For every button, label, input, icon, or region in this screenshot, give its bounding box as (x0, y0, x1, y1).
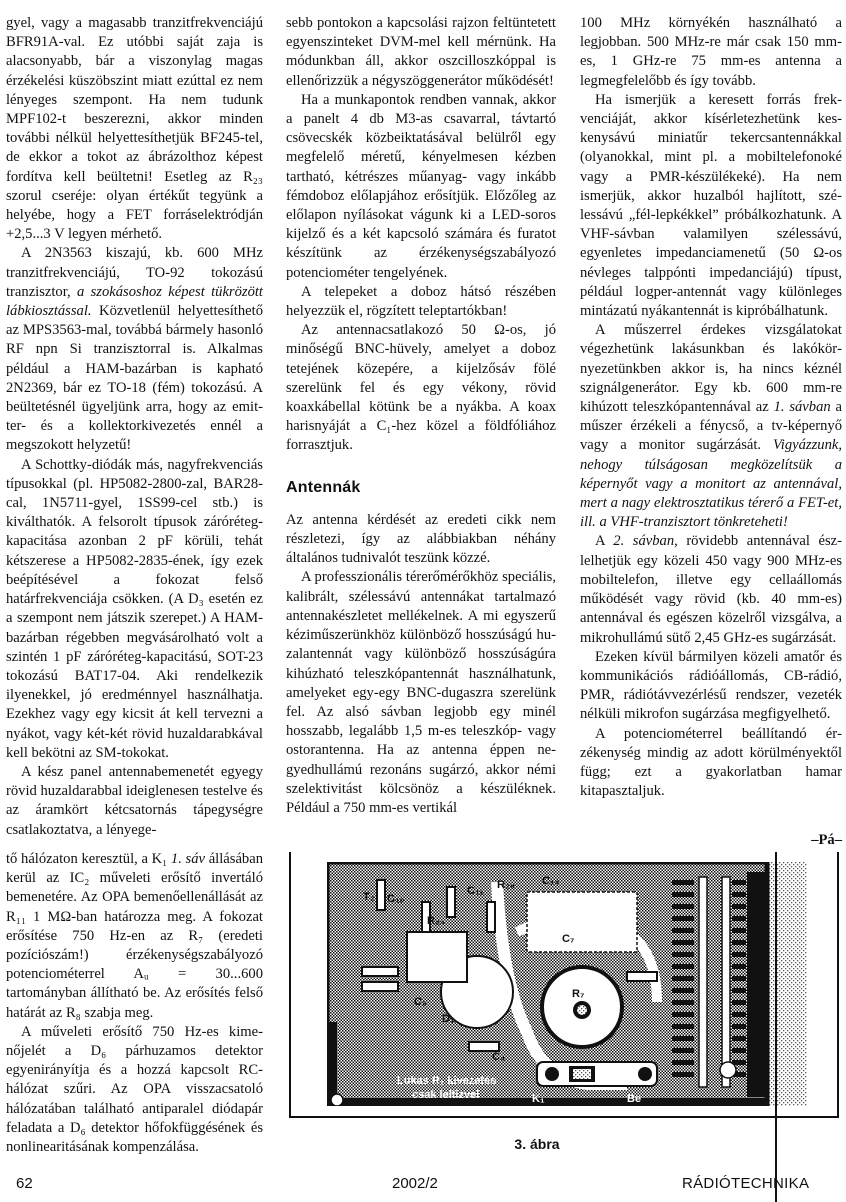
label-note: Lukas R₁ kivezetés (397, 1075, 496, 1087)
paragraph: Ezeken kívül bármilyen közeli ama­tőr és… (580, 648, 842, 725)
column-3: 100 MHz környékén használható a legjobba… (580, 14, 842, 851)
magazine-name: RÁDIÓTECHNIKA (682, 1175, 809, 1192)
paragraph: 100 MHz környékén használható a legjobba… (580, 14, 842, 91)
column-2: sebb pontokon a kapcsolási rajzon fel­tü… (286, 14, 556, 818)
section-heading: Antennák (286, 478, 556, 497)
label-k2: K₂ (605, 1069, 618, 1081)
label-t2: T₂ (363, 891, 375, 903)
paragraph: Ha a munkapontok rendben vannak, akkor a… (286, 91, 556, 283)
paragraph: Az antenna kérdését az eredeti cikk nem … (286, 511, 556, 569)
label-d1: D₁ (442, 1013, 455, 1025)
label-c4: C₄ (492, 1051, 505, 1063)
label-r7: R₇ (572, 988, 584, 1000)
pcb-figure: L₁ T₂ C₁₀ R₂₄ C₁₁ R₂₈ C₁₄ C₇ R₇ C₃ D₁ C₄… (287, 852, 844, 1120)
figure-caption: 3. ábra (287, 1136, 787, 1152)
label-c10: C₁₀ (387, 893, 404, 905)
label-c7: C₇ (562, 933, 574, 945)
column-1: gyel, vagy a magasabb tranzitfrekven­ciá… (6, 14, 263, 840)
paragraph: gyel, vagy a magasabb tranzitfrekven­ciá… (6, 14, 263, 244)
label-r24: R₂₄ (427, 915, 445, 927)
label-c11: C₁₁ (467, 885, 484, 897)
paragraph: A 2N3563 kiszajú, kb. 600 MHz tranzitfre… (6, 244, 263, 455)
label-c14: C₁₄ (542, 875, 560, 887)
paragraph: A telepeket a doboz hátsó részében helye… (286, 283, 556, 321)
paragraph: sebb pontokon a kapcsolási rajzon fel­tü… (286, 14, 556, 91)
column-1-bottom: tő hálózaton keresztül, a K₁ 1. sáv állá… (6, 850, 263, 1157)
label-r28: R₂₈ (497, 879, 515, 891)
paragraph: A professzionális térerőmérőkhöz speciál… (286, 568, 556, 818)
label-c3: C₃ (414, 996, 427, 1008)
paragraph: A műszerrel érdekes vizsgálatokat végezh… (580, 321, 842, 532)
pcb-layout-drawing: L₁ T₂ C₁₀ R₂₄ C₁₁ R₂₈ C₁₄ C₇ R₇ C₃ D₁ C₄… (327, 862, 827, 1106)
label-note: csak leltizvel (412, 1089, 479, 1101)
paragraph: A műveleti erősítő 750 Hz-es kime­nőjelé… (6, 1023, 263, 1157)
author-signature: –Pá– (580, 831, 842, 850)
paragraph: A potenciométerrel beállítandó ér­zékeny… (580, 725, 842, 802)
paragraph: A Schottky-diódák más, nagyfrek­venciás … (6, 456, 263, 763)
column-rule (775, 852, 777, 1202)
issue-number: 2002/2 (392, 1175, 438, 1192)
paragraph: A 2. sávban, rövidebb antennával ész­lel… (580, 532, 842, 647)
paragraph: tő hálózaton keresztül, a K₁ 1. sáv állá… (6, 850, 263, 1023)
paragraph: Ha ismerjük a keresett forrás frek­venci… (580, 91, 842, 321)
paragraph: Az antennacsatlakozó 50 Ω-os, jó minőség… (286, 321, 556, 455)
page-number: 62 (16, 1175, 33, 1192)
label-k1: K₁ (532, 1093, 545, 1105)
paragraph: A kész panel antennabemenetét egy­egy rö… (6, 763, 263, 840)
label-be: Be (627, 1093, 641, 1105)
